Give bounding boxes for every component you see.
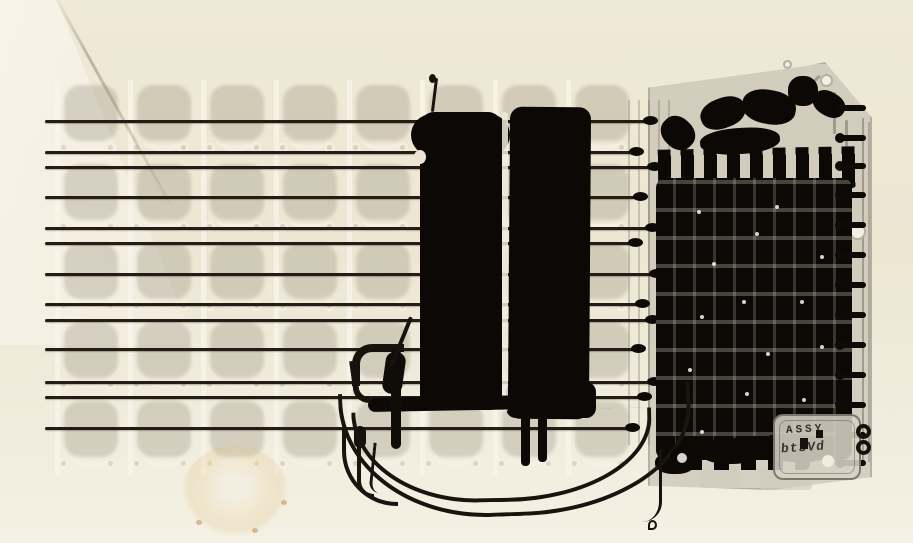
solder-sparkle	[688, 368, 692, 372]
solder-sparkle	[755, 232, 759, 236]
solder-sparkle	[775, 205, 779, 209]
edge-pad-dot	[835, 400, 845, 410]
arc-shape	[216, 289, 258, 309]
wire-end-solder	[643, 116, 658, 125]
xray-photo: ASSY bt3Vd	[0, 0, 913, 543]
capacitor-left	[420, 112, 502, 410]
solder-sparkle	[820, 345, 824, 349]
keypad-cell	[55, 317, 128, 396]
edge-pad-dot	[835, 190, 845, 200]
edge-pad-dot	[835, 250, 845, 260]
ring-shape	[324, 458, 335, 469]
capacitor-gap-highlight	[502, 112, 508, 412]
board-hole	[783, 60, 792, 69]
ring-shape	[178, 458, 189, 469]
arc-shape	[289, 368, 331, 388]
ring-shape	[131, 458, 142, 469]
solder-sparkle	[800, 300, 804, 304]
arc-shape	[289, 447, 331, 467]
solder-sparkle	[802, 398, 806, 402]
wire-curl	[648, 520, 657, 530]
keypad-cell	[128, 396, 201, 475]
edge-pad-dot	[835, 340, 845, 350]
arc-shape	[70, 131, 112, 151]
edge-pad-dot	[835, 370, 845, 380]
wire-end-solder	[633, 192, 648, 201]
arc-shape	[143, 131, 185, 151]
arc-shape	[143, 289, 185, 309]
keypad-cell	[274, 317, 347, 396]
key-shape	[356, 85, 410, 141]
solder-sparkle	[745, 392, 749, 396]
wire-end-solder	[635, 299, 650, 308]
key-shape	[137, 85, 191, 141]
key-shape	[283, 243, 337, 299]
edge-pad-dot	[835, 161, 845, 171]
solder-sparkle	[697, 210, 701, 214]
key-shape	[64, 164, 118, 220]
solder-sparkle	[712, 262, 716, 266]
dangling-wire	[640, 450, 662, 522]
key-shape	[64, 243, 118, 299]
arc-shape	[143, 368, 185, 388]
arc-shape	[362, 131, 404, 151]
stain-speck	[196, 520, 202, 525]
arc-shape	[216, 131, 258, 151]
stain-speck	[281, 500, 287, 505]
arc-shape	[289, 131, 331, 151]
wire-loop-ring	[670, 446, 694, 470]
component-blob	[700, 438, 760, 464]
solder-sparkle	[700, 430, 704, 434]
wire-end-solder	[629, 147, 644, 156]
solder-sparkle	[700, 315, 704, 319]
arc-shape	[143, 447, 185, 467]
module-component	[816, 430, 823, 438]
board-edge-trace	[868, 122, 870, 462]
arc-shape	[362, 289, 404, 309]
arc-shape	[70, 289, 112, 309]
wire-end-solder	[628, 238, 643, 247]
arc-shape	[70, 447, 112, 467]
loop-wire	[342, 428, 398, 506]
connector-ring	[856, 440, 871, 455]
pointer-needle-tip	[429, 74, 436, 83]
key-shape	[356, 243, 410, 299]
edge-pad-dot	[835, 310, 845, 320]
key-shape	[210, 85, 264, 141]
key-shape	[137, 243, 191, 299]
key-shape	[210, 164, 264, 220]
edge-pad-dot	[835, 133, 845, 143]
arc-shape	[70, 368, 112, 388]
solder-sparkle	[766, 352, 770, 356]
key-shape	[283, 164, 337, 220]
keypad-cell	[274, 396, 347, 475]
capacitor-notch	[414, 150, 426, 164]
board-hole	[820, 74, 833, 87]
key-shape	[283, 85, 337, 141]
keypad-cell	[128, 317, 201, 396]
edge-pad-dot	[835, 280, 845, 290]
arc-shape	[289, 289, 331, 309]
edge-pad-dot	[835, 103, 845, 113]
keypad-cell	[55, 396, 128, 475]
key-shape	[210, 243, 264, 299]
keypad-cell	[201, 317, 274, 396]
wire-end-solder	[631, 344, 646, 353]
module-pad-hole	[822, 455, 834, 467]
connector-ring	[856, 424, 871, 439]
solder-sparkle	[742, 300, 746, 304]
board-edge-trace	[862, 118, 864, 466]
arc-shape	[216, 368, 258, 388]
capacitor-right	[508, 107, 591, 420]
ring-shape	[58, 458, 69, 469]
solder-sparkle	[820, 255, 824, 259]
module-component	[800, 438, 808, 449]
stain-speck	[252, 528, 258, 533]
key-shape	[356, 164, 410, 220]
edge-pad-dot	[835, 220, 845, 230]
ring-shape	[105, 458, 116, 469]
